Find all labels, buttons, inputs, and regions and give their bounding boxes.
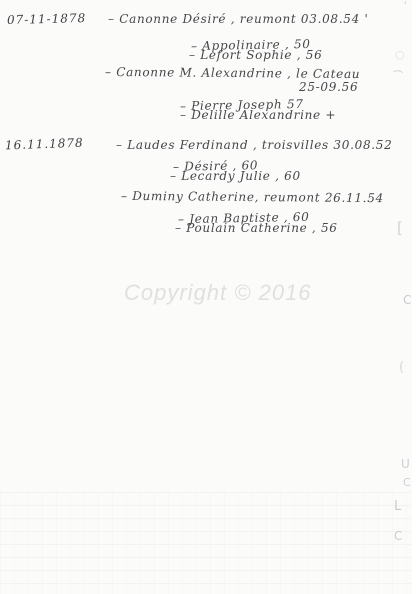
record-line: – Delille Alexandrine + bbox=[180, 109, 336, 122]
binder-hole-mark: [ bbox=[397, 221, 403, 236]
record-line: – Poulain Catherine , 56 bbox=[175, 222, 338, 235]
record-date: 07-11-1878 bbox=[7, 12, 87, 27]
binder-hole-mark: C bbox=[403, 477, 411, 488]
scan-edge-strip bbox=[412, 0, 419, 594]
record-line: – Duminy Catherine, reumont 26.11.54 bbox=[121, 190, 384, 205]
record-line: – Canonne Désiré , reumont 03.08.54 ' bbox=[108, 13, 368, 26]
record-line: – Canonne M. Alexandrine , le Cateau bbox=[105, 66, 360, 81]
copyright-watermark: Copyright © 2016 bbox=[124, 280, 312, 306]
scanned-document-page: 07-11-1878 – Canonne Désiré , reumont 03… bbox=[0, 0, 419, 594]
record-date: 16.11.1878 bbox=[5, 137, 84, 153]
scan-artifact-mark: ' bbox=[404, 2, 406, 11]
binder-hole-mark: ( bbox=[392, 69, 403, 74]
record-line: – Laudes Ferdinand , troisvilles 30.08.5… bbox=[116, 139, 392, 152]
binder-hole-mark: U bbox=[401, 458, 410, 470]
binder-hole-mark: ○ bbox=[395, 49, 405, 60]
binder-hole-mark: C bbox=[403, 294, 411, 306]
binder-hole-mark: ( bbox=[399, 361, 404, 374]
record-line: – Lecardy Julie , 60 bbox=[170, 170, 301, 183]
record-line: 25-09.56 bbox=[299, 81, 358, 94]
graph-paper-bleedthrough bbox=[0, 492, 412, 594]
record-line: – Lefort Sophie , 56 bbox=[189, 49, 322, 62]
